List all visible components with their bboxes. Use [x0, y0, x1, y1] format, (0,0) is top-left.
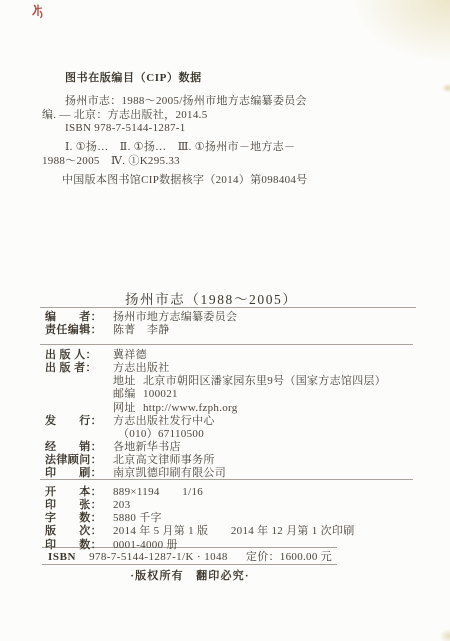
- divider: [42, 564, 337, 565]
- cip-line: 编. — 北京：方志出版社，2014.5: [42, 109, 308, 123]
- row-label: 法律顾问：: [45, 454, 113, 467]
- isbn-number: 978-7-5144-1287-1/K · 1048: [89, 551, 228, 564]
- row-value: 南京凯德印刷有限公司: [113, 467, 226, 479]
- info-row-postcode: 邮编100021: [45, 388, 417, 401]
- info-row-website: 网址http://www.fzph.org: [45, 402, 417, 415]
- row-label: 责任编辑：: [45, 324, 113, 337]
- info-row-sheets: 印 张：203: [45, 499, 417, 512]
- row-value: 北京市朝阳区潘家园东里9号（国家方志馆四层）: [143, 375, 386, 387]
- price: 定价：1600.00 元: [246, 551, 332, 564]
- isbn-label: ISBN: [42, 551, 76, 564]
- row-label: 邮编: [113, 388, 143, 401]
- publication-info-list: 编 者：扬州市地方志编纂委员会 责任编辑：陈菁 李静 出 版 人：冀祥德 出 版…: [45, 311, 417, 552]
- row-label: 印 刷：: [45, 467, 113, 480]
- row-value: 100021: [143, 388, 178, 400]
- book-copyright-page: 图书在版编目（CIP）数据 扬州市志：1988～2005/扬州市地方志编纂委员会…: [0, 0, 450, 641]
- cip-block: 图书在版编目（CIP）数据 扬州市志：1988～2005/扬州市地方志编纂委员会…: [42, 72, 308, 188]
- info-row-edition: 版 次：2014 年 5 月第 1 版 2014 年 12 月第 1 次印刷: [45, 525, 417, 538]
- info-row-wordcount: 字 数：5880 千字: [45, 512, 417, 525]
- info-row-publisher-person: 出 版 人：冀祥德: [45, 349, 417, 362]
- info-row-legal-counsel: 法律顾问：北京高文律师事务所: [45, 454, 417, 467]
- info-row-printer: 印 刷：南京凯德印刷有限公司: [45, 467, 417, 480]
- spacer: [45, 337, 417, 349]
- row-label: 印 数：: [45, 539, 113, 552]
- row-label: 发 行：: [45, 415, 113, 428]
- info-row-distribution: 发 行：方志出版社发行中心: [45, 415, 417, 428]
- divider: [40, 307, 416, 308]
- book-title: 扬州市志（1988～2005）: [125, 288, 298, 308]
- cip-line: ISBN 978-7-5144-1287-1: [42, 122, 308, 136]
- row-label: 编 者：: [45, 311, 113, 324]
- row-label: 开 本：: [45, 486, 113, 499]
- row-value: 各地新华书店: [113, 441, 181, 453]
- row-label: 经 销：: [45, 441, 113, 454]
- info-row-address: 地址北京市朝阳区潘家园东里9号（国家方志馆四层）: [45, 375, 417, 388]
- info-row-phone: （010）67110500: [45, 428, 417, 441]
- row-value: 扬州市地方志编纂委员会: [113, 311, 237, 323]
- row-label: 版 次：: [45, 525, 113, 538]
- cip-line: 1988～2005 Ⅳ. ①K295.33: [42, 155, 308, 169]
- cip-header: 图书在版编目（CIP）数据: [42, 72, 308, 86]
- row-value: 0001-4000 册: [113, 539, 178, 551]
- info-row-editor: 编 者：扬州市地方志编纂委员会: [45, 311, 417, 324]
- row-label: 出 版 者：: [45, 362, 113, 375]
- info-row-print-run: 印 数：0001-4000 册: [45, 539, 417, 552]
- row-value: 冀祥德: [113, 349, 147, 361]
- cip-line: 扬州市志：1988～2005/扬州市地方志编纂委员会: [42, 95, 308, 109]
- row-value: 203: [113, 499, 130, 511]
- row-value: 北京高文律师事务所: [113, 454, 215, 466]
- row-value: 2014 年 5 月第 1 版 2014 年 12 月第 1 次印刷: [113, 525, 355, 537]
- row-value: 方志出版社发行中心: [113, 415, 215, 427]
- row-label: 地址: [113, 375, 143, 388]
- cip-line: Ⅰ. ①扬… Ⅱ. ①扬… Ⅲ. ①扬州市－地方志－: [42, 141, 308, 155]
- row-value: 陈菁 李静: [113, 324, 170, 336]
- row-label: 出 版 人：: [45, 349, 113, 362]
- row-value: http://www.fzph.org: [143, 402, 238, 414]
- info-row-format: 开 本：889×1194 1/16: [45, 486, 417, 499]
- row-value: （010）67110500: [118, 428, 204, 440]
- isbn-line: ISBN 978-7-5144-1287-1/K · 1048 定价：1600.…: [42, 551, 338, 564]
- cip-line: 中国版本图书馆CIP数据核字（2014）第098404号: [42, 174, 308, 188]
- info-row-publishing-house: 出 版 者：方志出版社: [45, 362, 417, 375]
- info-row-managing-editor: 责任编辑：陈菁 李静: [45, 324, 417, 337]
- info-row-sales: 经 销：各地新华书店: [45, 441, 417, 454]
- row-value: 889×1194 1/16: [113, 486, 203, 498]
- row-value: 5880 千字: [113, 512, 162, 524]
- row-label: 字 数：: [45, 512, 113, 525]
- row-label: 网址: [113, 402, 143, 415]
- red-ink-mark: [30, 3, 46, 21]
- copyright-notice: ·版权所有 翻印必究·: [42, 567, 338, 583]
- row-value: 方志出版社: [113, 362, 170, 374]
- row-label: 印 张：: [45, 499, 113, 512]
